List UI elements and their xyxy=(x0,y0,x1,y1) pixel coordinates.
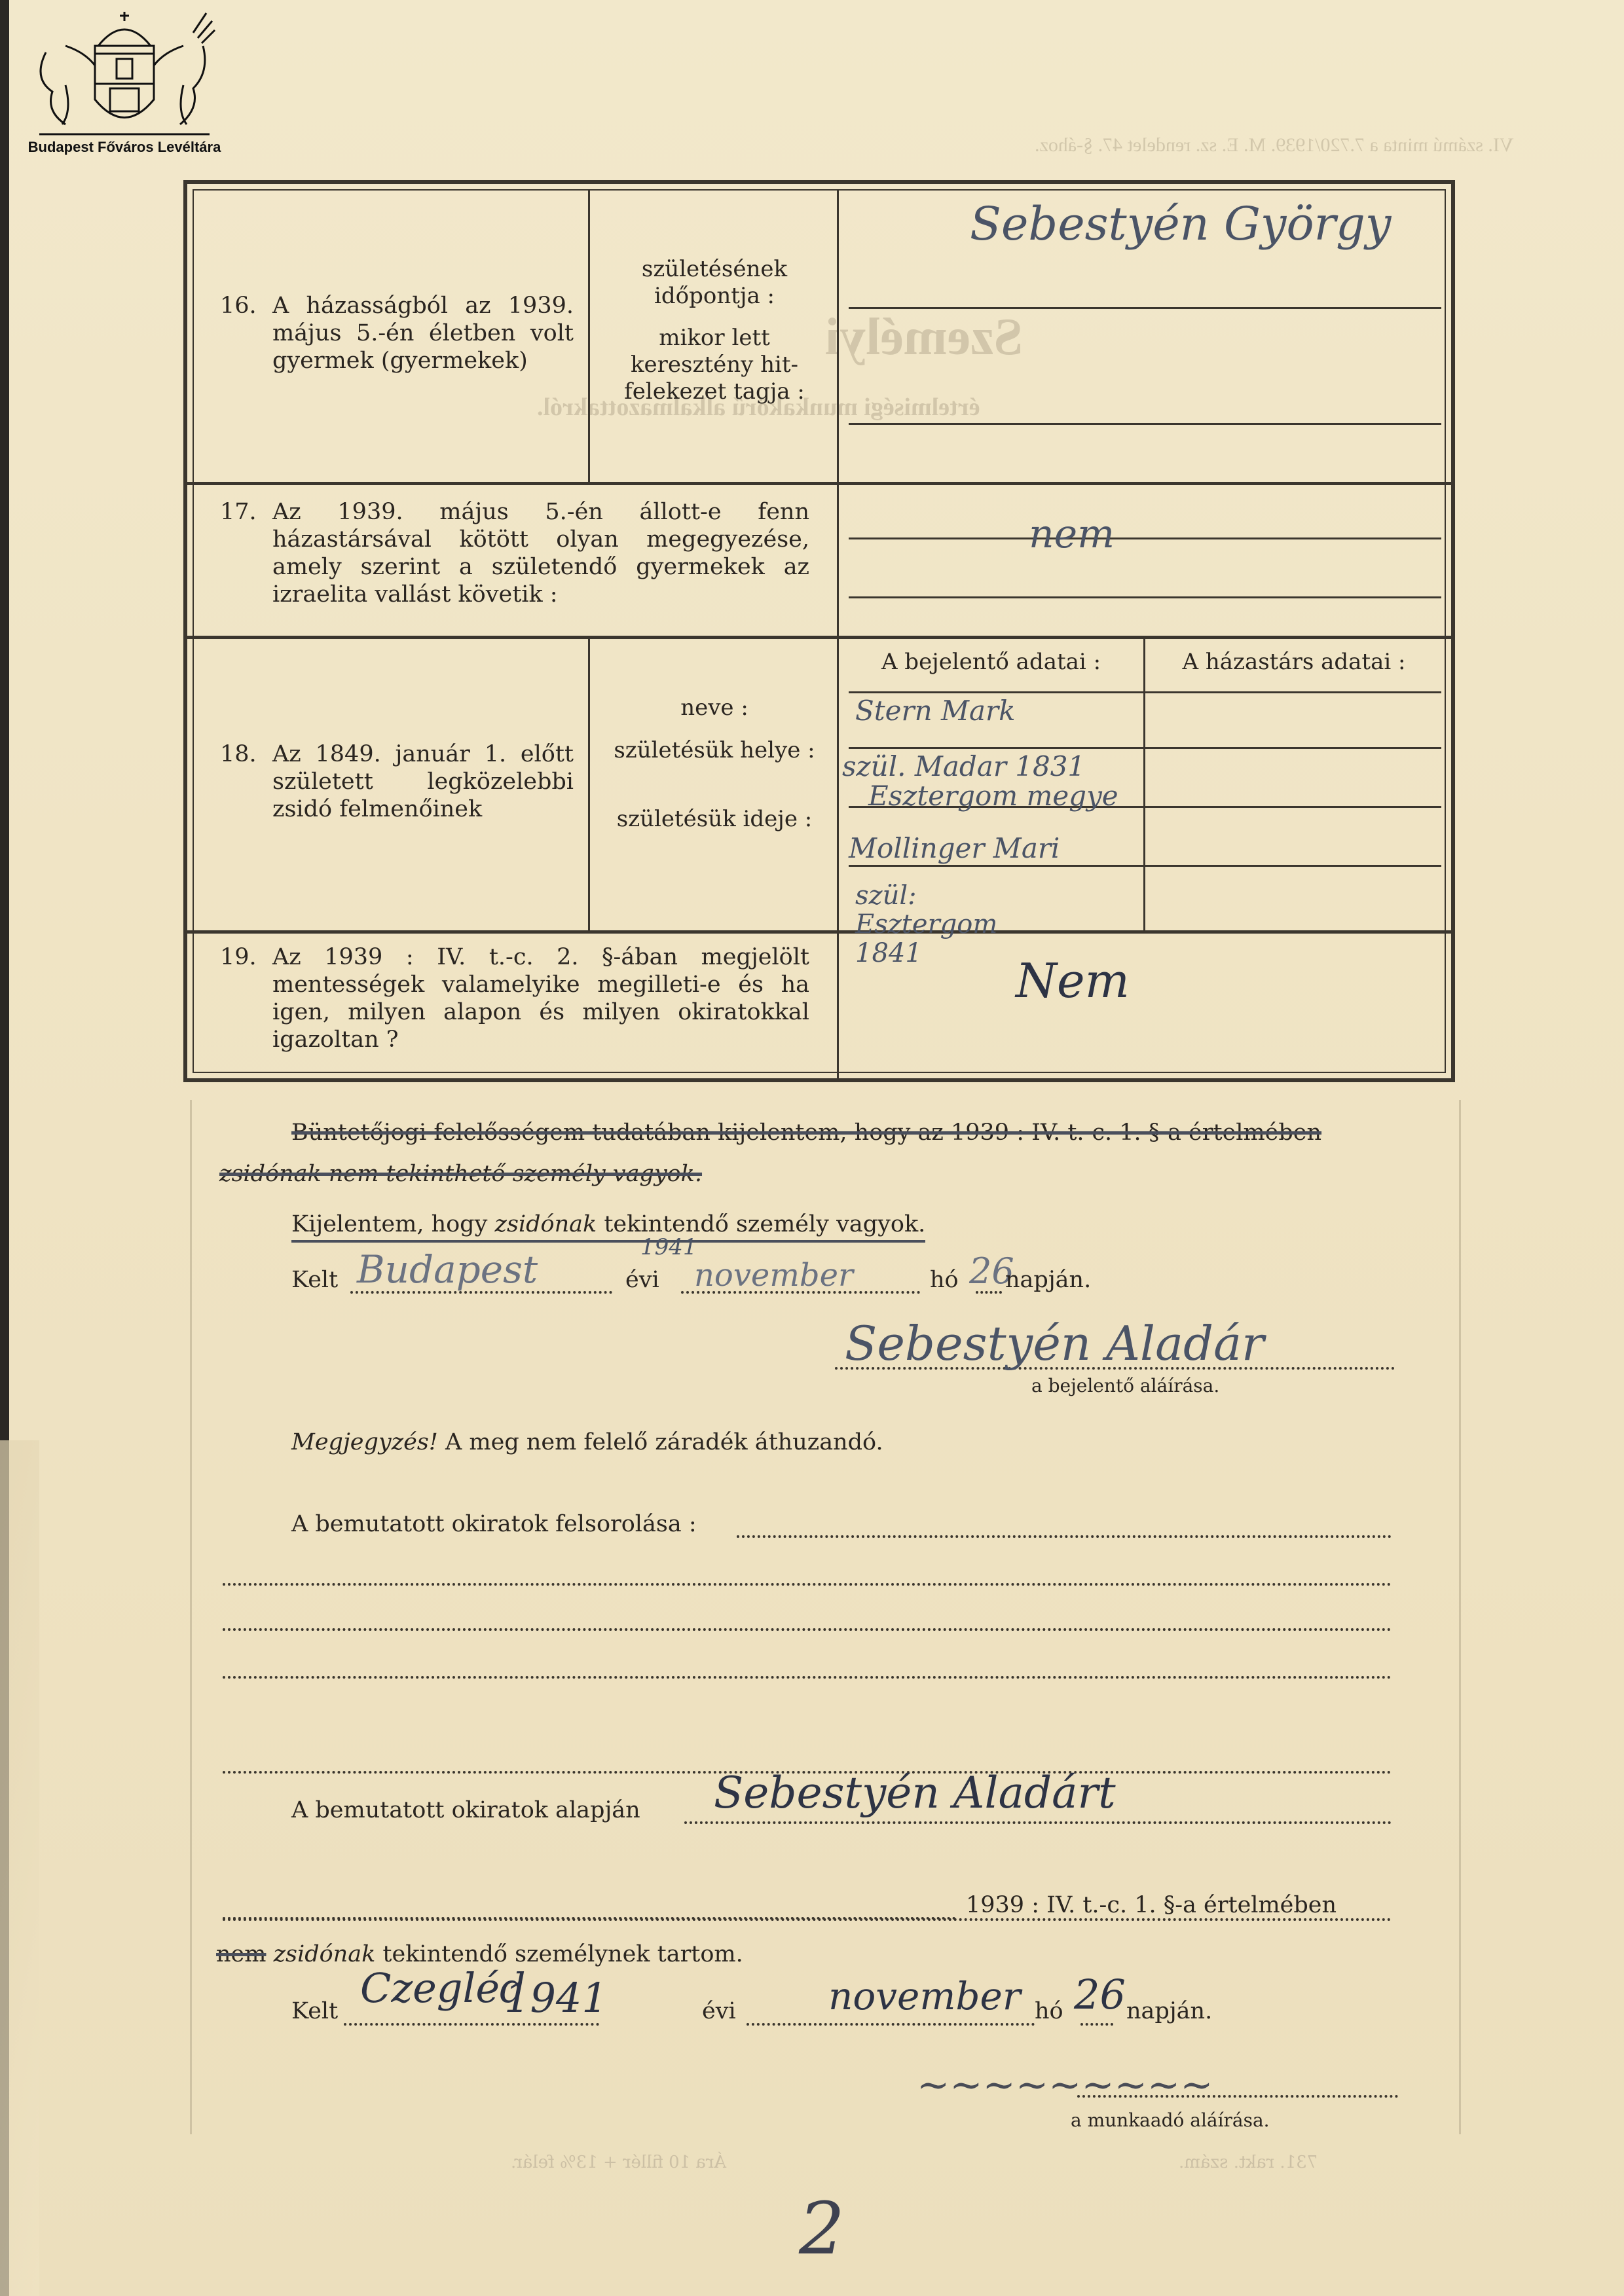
documents-field[interactable] xyxy=(737,1535,1392,1538)
bleed-through-header: VI. számú minta a 7.720/1939. M. E. sz. … xyxy=(1035,134,1513,156)
napjan-label: napján. xyxy=(1005,1267,1091,1293)
ho-label: hó xyxy=(930,1267,959,1293)
row-line xyxy=(849,747,1441,749)
ancestor-name-1: Stern Mark xyxy=(855,695,1016,727)
handwritten-year: 1941 xyxy=(640,1234,697,1260)
answer-line xyxy=(849,596,1441,598)
documents-field[interactable] xyxy=(223,1583,1392,1586)
budapest-coat-of-arms-icon xyxy=(26,7,223,137)
question-number: 17. xyxy=(220,498,257,526)
employer-ho-label: hó xyxy=(1035,1998,1063,2024)
note-line: Megjegyzés! A meg nem felelő záradék áth… xyxy=(291,1429,883,1455)
bleed-through-price: Ára 10 fillér + 13% felár. xyxy=(511,2153,726,2172)
verdict-suffix: tekintendő személynek tartom. xyxy=(375,1941,743,1967)
employer-kelt-label: Kelt xyxy=(291,1998,338,2024)
ancestor-name-2: Mollinger Mari xyxy=(849,832,1060,864)
handwritten-employer-place: Czegléd xyxy=(360,1964,526,2012)
archive-name: Budapest Főváros Levéltára xyxy=(26,139,223,156)
questionnaire-table: 16. A házasságból az 1939. május 5.-én é… xyxy=(183,180,1455,1082)
question-text: Az 1939. május 5.-én állott-e fenn házas… xyxy=(272,498,809,608)
evi-label: évi xyxy=(625,1267,659,1293)
documents-field[interactable] xyxy=(223,1676,1392,1679)
employer-signature-caption: a munkaadó aláírása. xyxy=(1071,2109,1270,2131)
handwritten-employer-month: november xyxy=(828,1974,1021,2018)
archive-logo: Budapest Főváros Levéltára xyxy=(26,7,223,164)
declaration-struck-line-1: Büntetőjogi felelősségem tudatában kijel… xyxy=(291,1120,1321,1146)
question-text: A házasságból az 1939. május 5.-én életb… xyxy=(272,292,574,374)
handwritten-answer-19: Nem xyxy=(1016,953,1130,1008)
question-number: 16. xyxy=(220,292,257,319)
document-page: Budapest Főváros Levéltára VI. számú min… xyxy=(0,0,1624,2296)
law-reference: 1939 : IV. t.-c. 1. §-a értelmében xyxy=(966,1892,1337,1918)
verdict-italic: zsidónak xyxy=(274,1941,376,1967)
declarant-signature: Sebestyén Aladár xyxy=(845,1316,1264,1371)
question-text: Az 1849. január 1. előtt született legkö… xyxy=(272,740,574,823)
question-17: 17. Az 1939. május 5.-én állott-e fenn h… xyxy=(220,498,809,608)
answer-line xyxy=(849,538,1441,539)
answer-line xyxy=(849,423,1441,425)
note-label: Megjegyzés! xyxy=(291,1429,438,1455)
label-birthplace: születésük helye : xyxy=(597,737,832,764)
kelt-label: Kelt xyxy=(291,1267,338,1293)
col-divider xyxy=(588,189,590,482)
documents-field[interactable] xyxy=(223,1628,1392,1631)
note-text: A meg nem felelő záradék áthuzandó. xyxy=(438,1429,883,1455)
handwritten-month: november xyxy=(694,1257,853,1294)
declarant-signature-caption: a bejelentő aláírása. xyxy=(1031,1375,1219,1396)
row-line xyxy=(849,865,1441,867)
question-number: 18. xyxy=(220,740,257,768)
question-16: 16. A házasságból az 1939. május 5.-én é… xyxy=(220,292,574,374)
row-divider xyxy=(187,930,1451,934)
bleed-through-stock-number: 731. rakt. szám. xyxy=(1179,2153,1318,2172)
documents-label: A bemutatott okiratok felsorolása : xyxy=(291,1511,697,1537)
label-name: neve : xyxy=(597,695,832,721)
declaration-italic: zsidónak xyxy=(495,1211,597,1243)
declaration-struck-line-2: zsidónak nem tekinthető személy vagyok. xyxy=(219,1161,702,1187)
question-18: 18. Az 1849. január 1. előtt született l… xyxy=(220,740,574,823)
ancestor-birth-1: szül. Madar 1831 xyxy=(842,750,1085,782)
label-birth-date: születésének időpontja : xyxy=(597,256,832,310)
question-number: 19. xyxy=(220,943,257,971)
ancestor-county-1: Esztergom megye xyxy=(868,780,1118,812)
handwritten-basis-name: Sebestyén Aladárt xyxy=(714,1768,1116,1818)
employer-place-field xyxy=(344,2023,599,2026)
verdict-line: nem zsidónak tekintendő személynek tarto… xyxy=(216,1941,743,1967)
handwritten-employer-day: 26 xyxy=(1074,1971,1126,2018)
handwritten-answer-17: nem xyxy=(1029,511,1115,557)
handwritten-place: Budapest xyxy=(357,1247,538,1292)
col-divider xyxy=(1143,639,1145,930)
question-text: Az 1939 : IV. t.-c. 2. §-ában megjelölt … xyxy=(272,943,809,1053)
row-divider xyxy=(187,482,1451,485)
basis-field xyxy=(684,1821,1392,1824)
declaration-prefix: Kijelentem, hogy xyxy=(291,1211,495,1243)
employer-napjan-label: napján. xyxy=(1126,1998,1212,2024)
declaration-kept-line: Kijelentem, hogy zsidónak tekintendő sze… xyxy=(291,1211,925,1237)
row-line xyxy=(849,691,1441,693)
employer-day-field xyxy=(1080,2023,1113,2026)
basis-label: A bemutatott okiratok alapján xyxy=(291,1797,640,1823)
paper-fold xyxy=(0,1440,39,2296)
blank-line xyxy=(223,1917,956,1920)
question-19: 19. Az 1939 : IV. t.-c. 2. §-ában megjel… xyxy=(220,943,809,1053)
col-divider xyxy=(588,639,590,930)
verdict-struck-word: nem xyxy=(216,1941,266,1967)
handwritten-employer-year: 1941 xyxy=(504,1974,608,2022)
header-declarant: A bejelentő adatai : xyxy=(842,649,1140,675)
employer-signature: ~~~~~~~~~ xyxy=(917,2062,1213,2108)
handwritten-page-number: 2 xyxy=(799,2187,845,2270)
employer-month-field xyxy=(747,2023,1035,2026)
label-birthdate: születésük ideje : xyxy=(597,806,832,833)
row-divider xyxy=(187,636,1451,639)
ancestor-birth-2: szül: Esztergom 1841 xyxy=(855,881,1025,968)
header-spouse: A házastárs adatai : xyxy=(1147,649,1441,675)
answer-line xyxy=(849,307,1441,309)
col-divider xyxy=(837,189,839,1080)
employer-evi-label: évi xyxy=(702,1998,736,2024)
handwritten-child-name: Sebestyén György xyxy=(970,197,1391,251)
label-christian-since: mikor lett keresztény hit-felekezet tagj… xyxy=(597,325,832,405)
